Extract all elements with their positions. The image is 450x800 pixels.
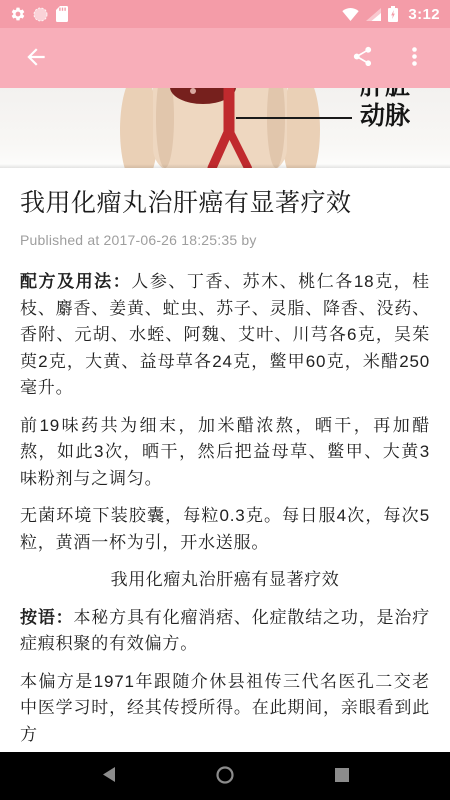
nav-home-button[interactable] — [205, 756, 245, 796]
paragraph-dosage: 无菌环境下装胶囊，每粒0.3克。每日服4次，每次5粒，黄酒一杯为引，开水送服。 — [20, 503, 430, 556]
status-bar: 3:12 — [0, 0, 450, 28]
published-meta: Published at 2017-06-26 18:25:35 by — [20, 232, 430, 248]
article-image[interactable]: 肝脏 动脉 — [0, 88, 450, 168]
image-label: 肝脏 动脉 — [360, 88, 424, 131]
app-bar — [0, 28, 450, 88]
paragraph-preparation: 前19味药共为细末，加米醋浓熬，晒干，再加醋熬，如此3次，晒干，然后把益母草、鳖… — [20, 413, 430, 493]
wifi-icon — [342, 8, 359, 21]
cell-signal-icon — [366, 8, 381, 21]
paragraph-lead: 配方及用法： — [20, 272, 131, 291]
overflow-menu-button[interactable] — [397, 41, 431, 75]
nav-recents-icon — [335, 768, 349, 785]
overflow-menu-icon — [412, 47, 417, 69]
paragraph-subtitle: 我用化瘤丸治肝癌有显著疗效 — [20, 567, 430, 594]
nav-home-icon — [216, 766, 234, 787]
left-arm-shape — [120, 88, 158, 168]
android-nav-bar — [0, 752, 450, 800]
sd-card-icon — [55, 6, 68, 22]
phone-screen: 3:12 — [0, 0, 450, 800]
battery-charging-icon — [388, 6, 398, 22]
paragraph-origin: 本偏方是1971年跟随介休县祖传三代名医孔二交老中医学习时，经其传授所得。在此期… — [20, 669, 430, 749]
paragraph-recipe: 配方及用法：人参、丁香、苏木、桃仁各18克，桂枝、麝香、姜黄、虻虫、苏子、灵脂、… — [20, 269, 430, 402]
image-label-liver: 肝脏 — [360, 88, 424, 101]
article-content: 我用化瘤丸治肝癌有显著疗效 Published at 2017-06-26 18… — [0, 188, 450, 748]
nav-back-button[interactable] — [88, 756, 128, 796]
nav-back-icon — [101, 766, 116, 786]
nav-recents-button[interactable] — [322, 756, 362, 796]
share-button[interactable] — [345, 41, 379, 75]
article-title: 我用化瘤丸治肝癌有显著疗效 — [20, 188, 430, 219]
share-icon — [351, 45, 374, 71]
right-arm-shape — [282, 88, 320, 168]
clock: 3:12 — [408, 6, 440, 23]
settings-icon — [10, 6, 26, 22]
notification-circle-icon — [33, 7, 48, 22]
image-label-artery: 动脉 — [360, 101, 424, 131]
paragraph-note: 按语：本秘方具有化瘤消痞、化症散结之功，是治疗症瘕积聚的有效偏方。 — [20, 605, 430, 658]
paragraph-lead: 按语： — [20, 608, 73, 627]
back-button[interactable] — [19, 41, 53, 75]
back-arrow-icon — [23, 44, 49, 73]
